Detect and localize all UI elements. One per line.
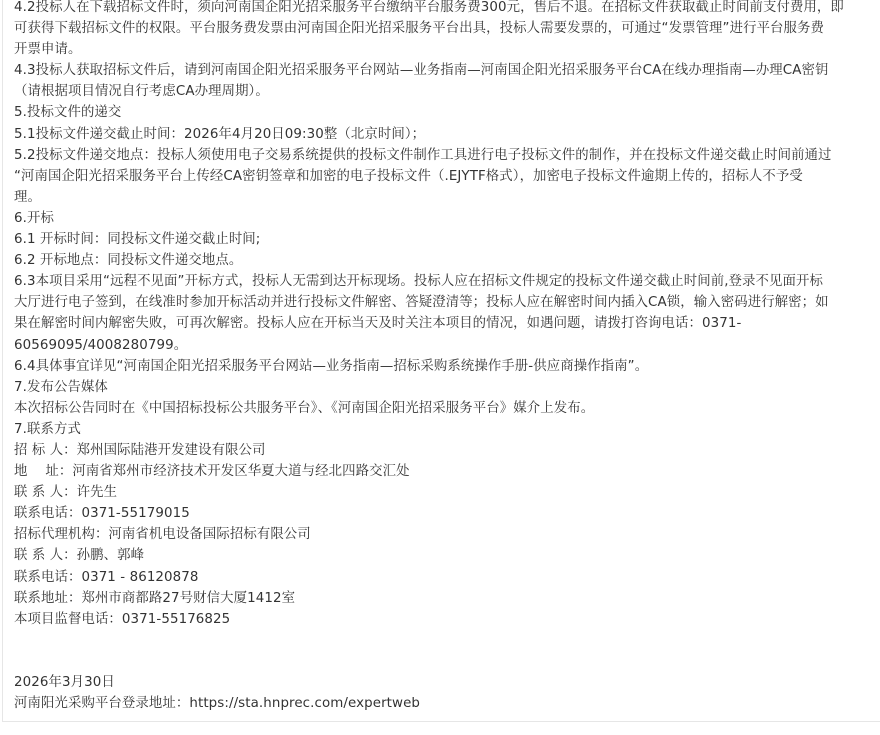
agency-phone: 联系电话：0371 - 86120878: [14, 567, 874, 588]
supervision-phone: 本项目监督电话：0371-55176825: [14, 609, 874, 630]
platform-login-address: 河南阳光采购平台登录地址：https://sta.hnprec.com/expe…: [14, 693, 874, 714]
announcement-panel: 4.2投标人在下载招标文件时，须向河南国企阳光招采服务平台缴纳平台服务费300元…: [2, 0, 880, 722]
tenderer-address: 地 址：河南省郑州市经济技术开发区华夏大道与经北四路交汇处: [14, 461, 874, 482]
section-5-heading: 5.投标文件的递交: [14, 102, 874, 123]
section-6-2-open-location: 6.2 开标地点：同投标文件递交地点。: [14, 250, 874, 271]
agency-name: 招标代理机构：河南省机电设备国际招标有限公司: [14, 524, 874, 545]
agency-contact-person: 联 系 人：孙鹏、郭峰: [14, 545, 874, 566]
tenderer-phone: 联系电话：0371-55179015: [14, 503, 874, 524]
section-6-3-line-1: 6.3本项目采用“远程不见面”开标方式，投标人无需到达开标现场。投标人应在招标文…: [14, 271, 874, 292]
section-6-3-line-4: 60569095/4008280799。: [14, 335, 874, 356]
section-6-3-line-3: 果在解密时间内解密失败，可再次解密。投标人应在开标当天及时关注本项目的情况，如遇…: [14, 313, 874, 334]
tenderer-contact-person: 联 系 人：许先生: [14, 482, 874, 503]
section-4-3-line-1: 4.3投标人获取招标文件后，请到河南国企阳光招采服务平台网站—业务指南—河南国企…: [14, 60, 874, 81]
section-5-2-line-1: 5.2投标文件递交地点：投标人须使用电子交易系统提供的投标文件制作工具进行电子投…: [14, 145, 874, 166]
section-4-2-line-2: 可获得下载招标文件的权限。平台服务费发票由河南国企阳光招采服务平台出具，投标人需…: [14, 18, 874, 39]
section-4-2-line-3: 开票申请。: [14, 39, 874, 60]
section-7-media-heading: 7.发布公告媒体: [14, 377, 874, 398]
section-4-2-line-1: 4.2投标人在下载招标文件时，须向河南国企阳光招采服务平台缴纳平台服务费300元…: [14, 0, 874, 18]
publish-date: 2026年3月30日: [14, 672, 874, 693]
agency-address: 联系地址：郑州市商都路27号财信大厦1412室: [14, 588, 874, 609]
section-4-3-line-2: （请根据项目情况自行考虑CA办理周期）。: [14, 81, 874, 102]
section-5-1-deadline: 5.1投标文件递交截止时间：2026年4月20日09:30整（北京时间）；: [14, 124, 874, 145]
spacer: [14, 630, 874, 651]
section-5-2-line-3: 理。: [14, 187, 874, 208]
section-6-1-open-time: 6.1 开标时间：同投标文件递交截止时间;: [14, 229, 874, 250]
section-6-4-details: 6.4具体事宜详见“河南国企阳光招采服务平台网站—业务指南—招标采购系统操作手册…: [14, 356, 874, 377]
section-7-media-text: 本次招标公告同时在《中国招标投标公共服务平台》、《河南国企阳光招采服务平台》媒介…: [14, 398, 874, 419]
announcement-body: 4.2投标人在下载招标文件时，须向河南国企阳光招采服务平台缴纳平台服务费300元…: [14, 0, 874, 714]
spacer: [14, 651, 874, 672]
section-5-2-line-2: “河南国企阳光招采服务平台上传经CA密钥签章和加密的电子投标文件（.EJYTF格…: [14, 166, 874, 187]
section-6-heading: 6.开标: [14, 208, 874, 229]
section-7-contact-heading: 7.联系方式: [14, 419, 874, 440]
section-6-3-line-2: 大厅进行电子签到，在线准时参加开标活动并进行投标文件解密、答疑澄清等；投标人应在…: [14, 292, 874, 313]
tenderer-name: 招 标 人：郑州国际陆港开发建设有限公司: [14, 440, 874, 461]
